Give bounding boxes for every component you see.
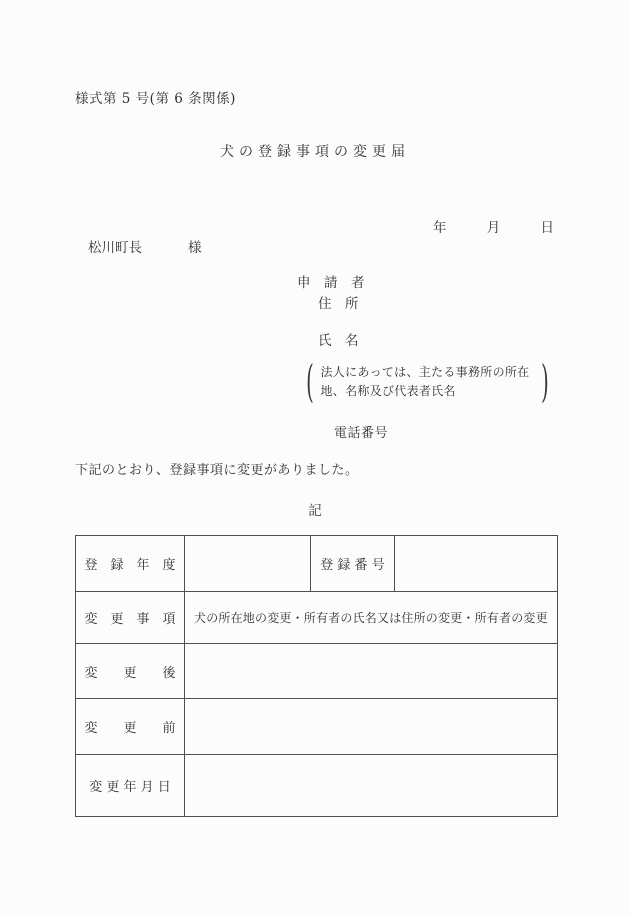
applicant-heading: 申 請 者 bbox=[297, 271, 365, 291]
table-row-change-date: 変 更 年 月 日 bbox=[76, 755, 557, 816]
change-date-label: 変 更 年 月 日 bbox=[76, 755, 185, 816]
corporate-note-line1: 法人にあっては、主たる事務所の所在 bbox=[321, 365, 530, 379]
registration-table: 登 録 年 度 登 録 番 号 変 更 事 項 犬の所在地の変更・所有者の氏名又… bbox=[75, 535, 558, 817]
after-change-value bbox=[185, 644, 557, 698]
registration-number-label: 登 録 番 号 bbox=[311, 536, 395, 591]
addressee-line: 松川町長 様 bbox=[88, 236, 202, 256]
applicant-address-label: 住 所 bbox=[318, 292, 359, 312]
document-title: 犬の登録事項の変更届 bbox=[0, 141, 630, 161]
registration-year-label: 登 録 年 度 bbox=[76, 536, 185, 591]
corporate-note-line2: 地、名称及び代表者氏名 bbox=[321, 384, 456, 398]
addressee-honorific: 様 bbox=[188, 236, 202, 256]
before-change-label: 変 更 前 bbox=[76, 699, 185, 754]
applicant-name-label: 氏 名 bbox=[318, 329, 359, 349]
table-row-registration: 登 録 年 度 登 録 番 号 bbox=[76, 536, 557, 592]
notification-statement: 下記のとおり、登録事項に変更がありました。 bbox=[75, 459, 359, 478]
table-row-change-item: 変 更 事 項 犬の所在地の変更・所有者の氏名又は住所の変更・所有者の変更 bbox=[76, 592, 557, 644]
date-year-label: 年 bbox=[433, 216, 447, 236]
table-row-before-change: 変 更 前 bbox=[76, 699, 557, 755]
document-page: 様式第 5 号(第 6 条関係) 犬の登録事項の変更届 年 月 日 松川町長 様… bbox=[0, 0, 630, 916]
addressee-name: 松川町長 bbox=[88, 236, 142, 256]
date-line: 年 月 日 bbox=[433, 216, 554, 236]
right-bracket-icon: ) bbox=[541, 318, 549, 446]
registration-year-value bbox=[185, 536, 311, 591]
registration-number-value bbox=[395, 536, 557, 591]
change-date-value bbox=[185, 755, 557, 816]
table-row-after-change: 変 更 後 bbox=[76, 644, 557, 699]
change-item-value: 犬の所在地の変更・所有者の氏名又は住所の変更・所有者の変更 bbox=[185, 592, 557, 643]
change-item-label: 変 更 事 項 bbox=[76, 592, 185, 643]
corporate-note-text: 法人にあっては、主たる事務所の所在 地、名称及び代表者氏名 bbox=[321, 363, 535, 401]
date-month-label: 月 bbox=[487, 216, 501, 236]
date-day-label: 日 bbox=[541, 216, 555, 236]
phone-number-label: 電話番号 bbox=[334, 422, 388, 441]
record-marker: 記 bbox=[0, 499, 630, 519]
form-number: 様式第 5 号(第 6 条関係) bbox=[75, 87, 236, 107]
left-bracket-icon: ( bbox=[306, 318, 314, 446]
before-change-value bbox=[185, 699, 557, 754]
corporate-note: ( 法人にあっては、主たる事務所の所在 地、名称及び代表者氏名 ) bbox=[307, 360, 548, 404]
after-change-label: 変 更 後 bbox=[76, 644, 185, 698]
